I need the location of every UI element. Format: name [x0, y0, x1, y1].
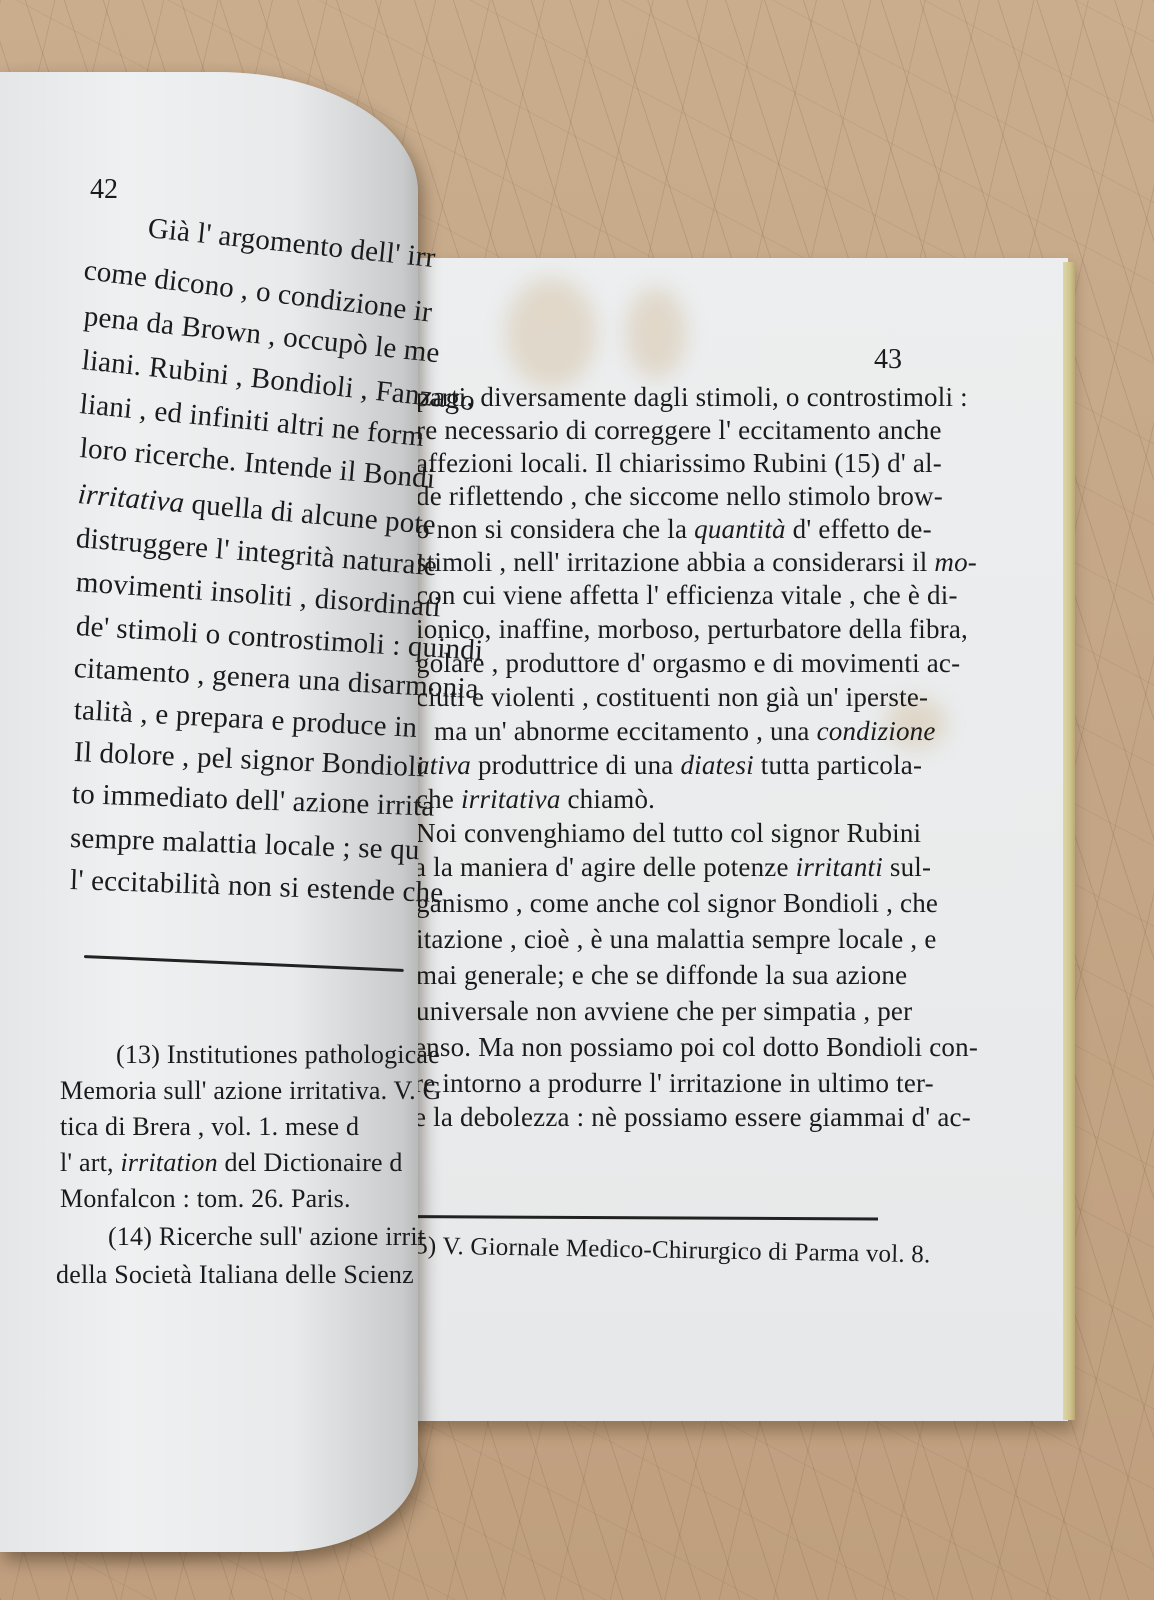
text-line: ciuti e violenti , costituenti non già u…	[416, 682, 928, 713]
text-line: Il dolore , pel signor Bondioli	[73, 736, 425, 784]
paper-stain	[506, 278, 596, 388]
text-line: de riflettendo , che siccome nello stimo…	[416, 481, 943, 512]
text-line: Già l' argomento dell' irr	[146, 212, 437, 275]
footnote-13-line: l' art, irritation del Dictionaire d	[60, 1148, 403, 1178]
text-line: enso. Ma non possiamo poi col dotto Bond…	[414, 1032, 978, 1063]
text-line: ganismo , come anche col signor Bondioli…	[416, 888, 938, 919]
text-line: che irritativa chiamò.	[416, 784, 655, 815]
text-line: re necessario di correggere l' eccitamen…	[416, 415, 942, 446]
footnote-13-line: Monfalcon : tom. 26. Paris.	[60, 1184, 351, 1214]
page-number-left: 42	[90, 174, 118, 206]
footnote-15: (15) V. Giornale Medico-Chirurgico di Pa…	[394, 1232, 931, 1269]
text-line: a la maniera d' agire delle potenze irri…	[414, 852, 931, 883]
left-page-curled: 42 Già l' argomento dell' irr come dicon…	[0, 72, 418, 1552]
text-line: parti, diversamente dagli stimoli, o con…	[416, 382, 968, 413]
text-line: affezioni locali. Il chiarissimo Rubini …	[416, 448, 942, 479]
text-line: universale non avviene che per simpatia …	[416, 996, 912, 1027]
page-number-right: 43	[874, 344, 902, 376]
text-line: ionico, inaffine, morboso, perturbatore …	[416, 614, 968, 645]
page-edge	[1063, 262, 1075, 1420]
text-line: ativa produttrice di una diatesi tutta p…	[416, 750, 922, 781]
footnote-14-line: della Società Italiana delle Scienz	[56, 1260, 414, 1290]
footnote-14: (14) Ricerche sull' azione irrit	[108, 1222, 425, 1252]
text-line: to immediato dell' azione irrita	[71, 778, 435, 824]
text-line: l' eccitabilità non si estende che	[69, 864, 444, 910]
text-line: sempre malattia locale ; se qu	[69, 822, 420, 867]
text-line: con cui viene affetta l' efficienza vita…	[416, 580, 958, 611]
text-line: itazione , cioè , è una malattia sempre …	[416, 924, 937, 955]
footnote-13-line: Memoria sull' azione irritativa. V. G	[60, 1076, 442, 1106]
text-line: golare , produttore d' orgasmo e di movi…	[416, 648, 960, 679]
right-page: 43 parti, diversamente dagli stimoli, o …	[386, 258, 1068, 1421]
text-line: o non si considera che la quantità d' ef…	[416, 514, 932, 545]
text-line: e la debolezza : nè possiamo essere giam…	[414, 1102, 971, 1133]
text-line: mai generale; e che se diffonde la sua a…	[416, 960, 907, 991]
text-line: ma un' abnorme eccitamento , una condizi…	[434, 716, 936, 747]
footnote-13-line: tica di Brera , vol. 1. mese d	[60, 1112, 359, 1142]
text-line: re intorno a produrre l' irritazione in …	[414, 1068, 934, 1099]
text-line: stimoli , nell' irritazione abbia a cons…	[416, 547, 977, 578]
footnote-13: (13) Institutiones pathologicae	[116, 1040, 440, 1070]
text-line: Noi convenghiamo del tutto col signor Ru…	[416, 818, 921, 849]
paper-stain	[626, 288, 686, 378]
